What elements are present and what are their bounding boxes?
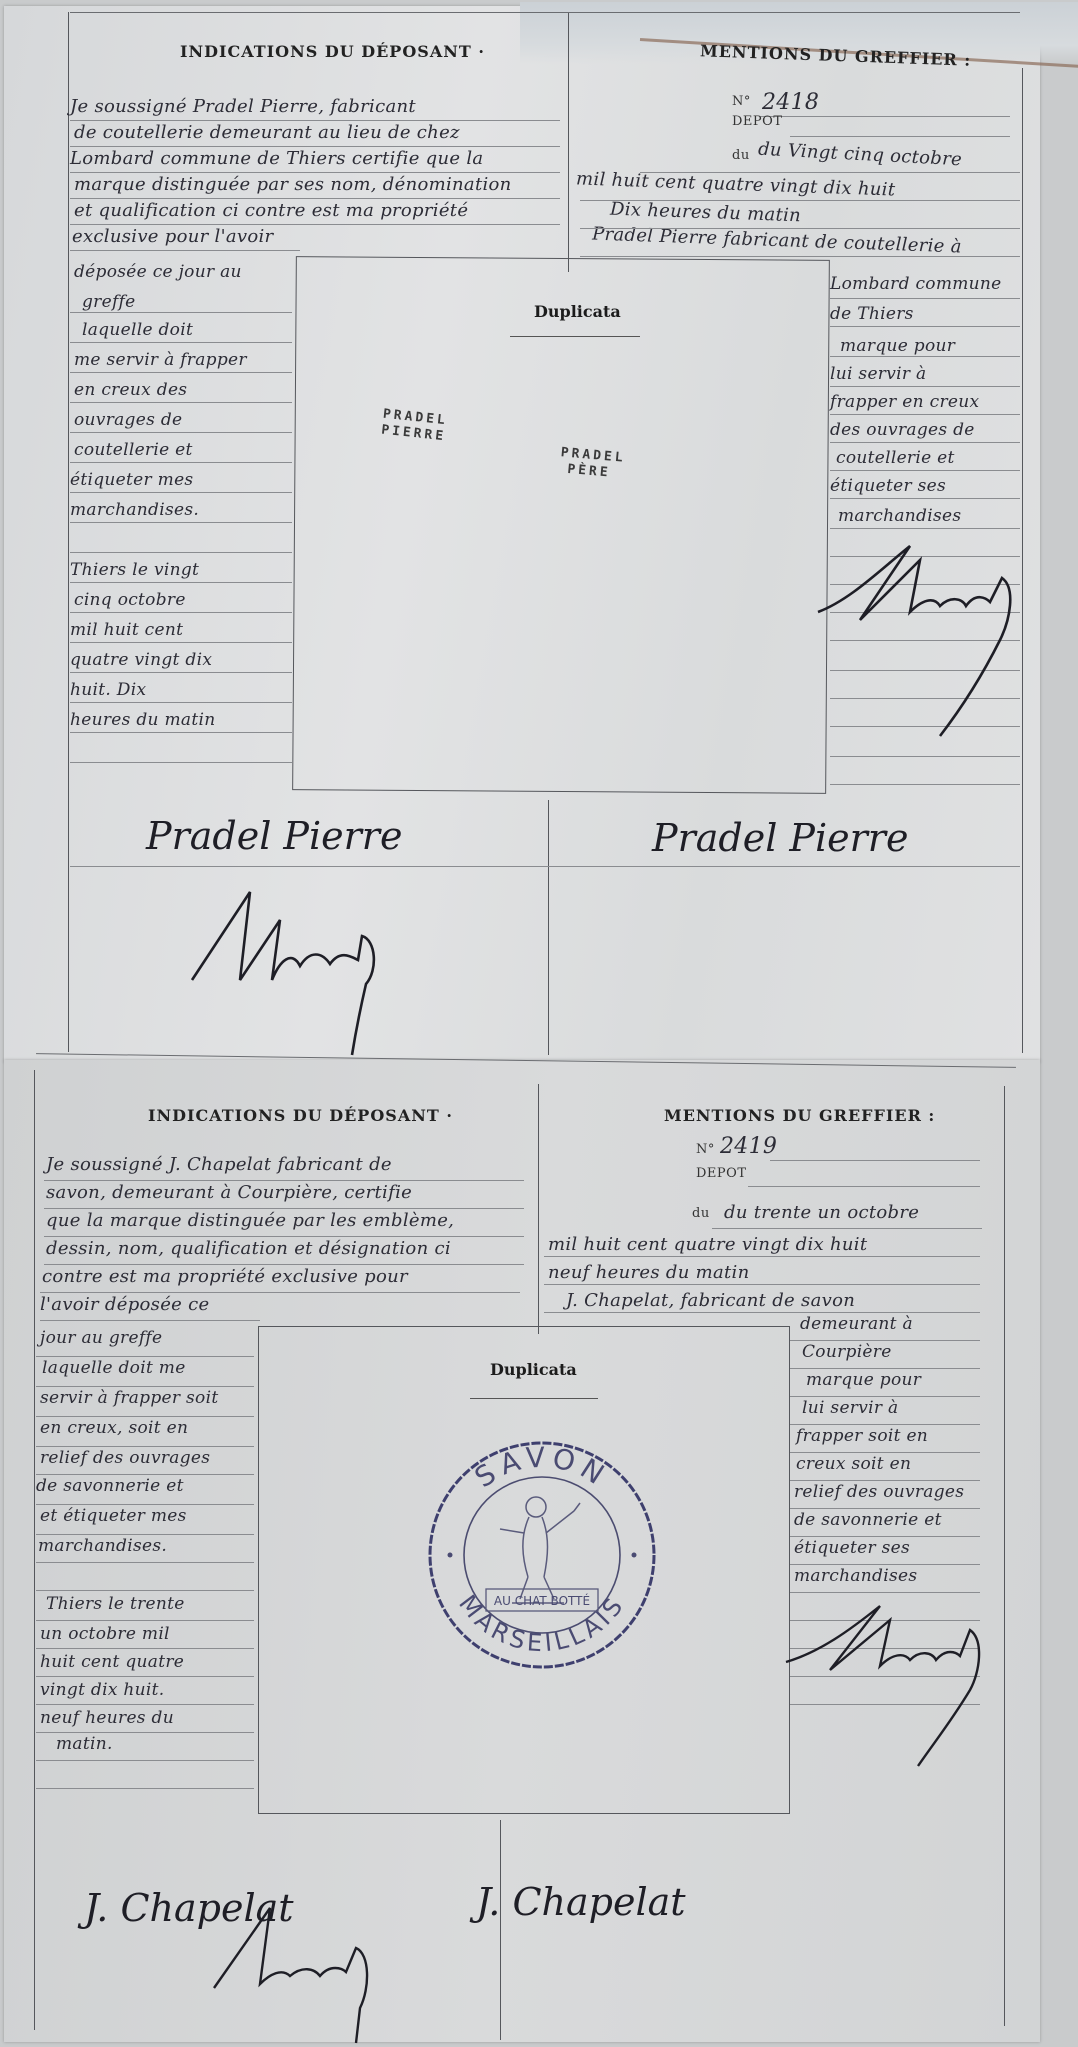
- du-label: du: [732, 148, 750, 163]
- handwritten-line: Je soussigné Pradel Pierre, fabricant: [70, 98, 416, 116]
- greffier-signature-icon: [780, 1600, 1000, 1770]
- handwritten-line: de Thiers: [830, 306, 914, 323]
- declarant-heading: INDICATIONS DU DÉPOSANT ·: [148, 1106, 453, 1125]
- handwritten-line: mil huit cent quatre vingt dix huit: [548, 1236, 867, 1254]
- handwritten-line: exclusive pour l'avoir: [72, 228, 273, 246]
- handwritten-line: J. Chapelat, fabricant de savon: [566, 1292, 855, 1310]
- svg-text:AU CHAT BOTTÉ: AU CHAT BOTTÉ: [494, 1593, 590, 1608]
- handwritten-line: huit cent quatre: [40, 1654, 184, 1671]
- handwritten-line: un octobre mil: [40, 1626, 170, 1643]
- number-label: N°: [696, 1142, 715, 1157]
- duplicata-underline: [510, 336, 640, 337]
- handwritten-line: quatre vingt dix: [70, 652, 212, 669]
- handwritten-line: l'avoir déposée ce: [40, 1296, 209, 1314]
- trademark-seal-icon: SAVON MARSEILLAIS AU CHAT BOTTÉ: [424, 1437, 660, 1673]
- number-label: N°: [732, 94, 751, 109]
- handwritten-line: marque pour: [806, 1372, 921, 1389]
- handwritten-line: marchandises: [794, 1568, 917, 1585]
- handwritten-line: mil huit cent: [70, 622, 183, 639]
- rule: [70, 120, 560, 121]
- handwritten-line: marchandises: [838, 508, 961, 525]
- handwritten-line: creux soit en: [796, 1456, 911, 1473]
- deposit-number: 2418: [762, 92, 819, 114]
- signature-registry-top: Pradel Pierre: [652, 816, 908, 860]
- depot-label: DEPOT: [696, 1166, 747, 1181]
- handwritten-line: lui servir à: [802, 1400, 898, 1417]
- handwritten-line: en creux, soit en: [40, 1420, 188, 1437]
- handwritten-line: servir à frapper soit: [40, 1390, 218, 1407]
- handwritten-line: cinq octobre: [74, 592, 186, 609]
- handwritten-line: Courpière: [802, 1344, 892, 1361]
- rule: [760, 116, 1010, 117]
- duplicata-label: Duplicata: [534, 302, 621, 321]
- handwritten-line: en creux des: [74, 382, 187, 399]
- handwritten-line: demeurant à: [800, 1316, 913, 1333]
- handwritten-line: laquelle doit me: [42, 1360, 186, 1377]
- form-bottom-right-border: [1004, 1086, 1005, 2026]
- handwritten-line: étiqueter mes: [70, 472, 193, 489]
- handwritten-line: frapper en creux: [830, 394, 979, 411]
- handwritten-line: marque pour: [840, 338, 955, 355]
- form-bottom-signature-divider: [500, 1820, 501, 2040]
- handwritten-line: contre est ma propriété exclusive pour: [42, 1268, 408, 1286]
- handwritten-line: heures du matin: [70, 712, 215, 729]
- handwritten-line: de savonnerie et: [36, 1478, 184, 1495]
- handwritten-line: de coutellerie demeurant au lieu de chez: [74, 124, 460, 142]
- form-top-column-divider: [568, 12, 569, 272]
- handwritten-line: me servir à frapper: [74, 352, 247, 369]
- trademark-stamp-pradel-pere: PRADEL PÈRE: [559, 445, 626, 482]
- handwritten-line: matin.: [56, 1736, 113, 1753]
- form-top-top-border: [70, 12, 1020, 13]
- handwritten-line: étiqueter ses: [794, 1540, 910, 1557]
- signature-registry-bottom: J. Chapelat: [476, 1880, 686, 1924]
- duplicata-label: Duplicata: [490, 1360, 577, 1379]
- rule: [70, 224, 560, 225]
- form-top-left-border: [68, 12, 69, 1052]
- handwritten-line: et étiqueter mes: [40, 1508, 187, 1525]
- handwritten-line: greffe: [82, 294, 136, 311]
- handwritten-line: de savonnerie et: [794, 1512, 942, 1529]
- handwritten-line: Lombard commune de Thiers certifie que l…: [70, 150, 483, 168]
- depot-label: DEPOT: [732, 114, 783, 129]
- greffier-heading: MENTIONS DU GREFFIER :: [664, 1106, 935, 1125]
- declarant-heading: INDICATIONS DU DÉPOSANT ·: [180, 42, 485, 61]
- handwritten-line: marchandises.: [70, 502, 199, 519]
- form-bottom-column-divider: [538, 1084, 539, 1334]
- handwritten-line: Thiers le trente: [46, 1596, 185, 1613]
- handwritten-line: jour au greffe: [40, 1330, 162, 1347]
- trademark-stamp-pradel-pierre: PRADEL PIERRE: [381, 407, 449, 445]
- handwritten-line: et qualification ci contre est ma propri…: [74, 202, 468, 220]
- handwritten-line: frapper soit en: [796, 1428, 928, 1445]
- handwritten-line: coutellerie et: [836, 450, 955, 467]
- handwritten-line: que la marque distinguée par les emblème…: [46, 1212, 454, 1230]
- rule: [70, 198, 560, 199]
- handwritten-line: relief des ouvrages: [40, 1450, 210, 1467]
- greffier-signature-icon: [210, 1888, 430, 2047]
- handwritten-line: neuf heures du: [40, 1710, 174, 1727]
- form-top-signature-divider: [548, 800, 549, 1055]
- handwritten-line: marchandises.: [38, 1538, 167, 1555]
- booted-cat-figure: [500, 1497, 580, 1603]
- rule: [70, 146, 560, 147]
- handwritten-line: huit. Dix: [70, 682, 146, 699]
- handwritten-line: Thiers le vingt: [70, 562, 199, 579]
- handwritten-line: coutellerie et: [74, 442, 193, 459]
- rule: [70, 250, 300, 251]
- handwritten-line: Je soussigné J. Chapelat fabricant de: [46, 1156, 392, 1174]
- handwritten-line: lui servir à: [830, 366, 926, 383]
- rule: [70, 172, 560, 173]
- handwritten-line: du trente un octobre: [724, 1204, 919, 1222]
- handwritten-line: savon, demeurant à Courpière, certifie: [46, 1184, 412, 1202]
- deposit-number: 2419: [720, 1136, 777, 1158]
- greffier-signature-icon: [810, 540, 1030, 740]
- duplicata-underline: [470, 1398, 598, 1399]
- rule: [790, 136, 1010, 137]
- handwritten-line: laquelle doit: [82, 322, 193, 339]
- handwritten-line: déposée ce jour au: [74, 264, 242, 281]
- signature-baseline: [70, 866, 1020, 867]
- handwritten-line: relief des ouvrages: [794, 1484, 964, 1501]
- handwritten-line: des ouvrages de: [830, 422, 975, 439]
- handwritten-line: dessin, nom, qualification et désignatio…: [46, 1240, 451, 1258]
- greffier-signature-icon: [180, 880, 400, 1060]
- handwritten-line: vingt dix huit.: [40, 1682, 165, 1699]
- signature-declarant-top: Pradel Pierre: [146, 814, 402, 858]
- handwritten-line: neuf heures du matin: [548, 1264, 750, 1282]
- form-bottom-left-border: [34, 1070, 35, 2030]
- svg-text:SAVON: SAVON: [469, 1441, 615, 1495]
- du-label: du: [692, 1206, 710, 1221]
- handwritten-line: étiqueter ses: [830, 478, 946, 495]
- handwritten-line: marque distinguée par ses nom, dénominat…: [74, 176, 512, 194]
- handwritten-line: Lombard commune: [830, 276, 1002, 293]
- handwritten-line: ouvrages de: [74, 412, 182, 429]
